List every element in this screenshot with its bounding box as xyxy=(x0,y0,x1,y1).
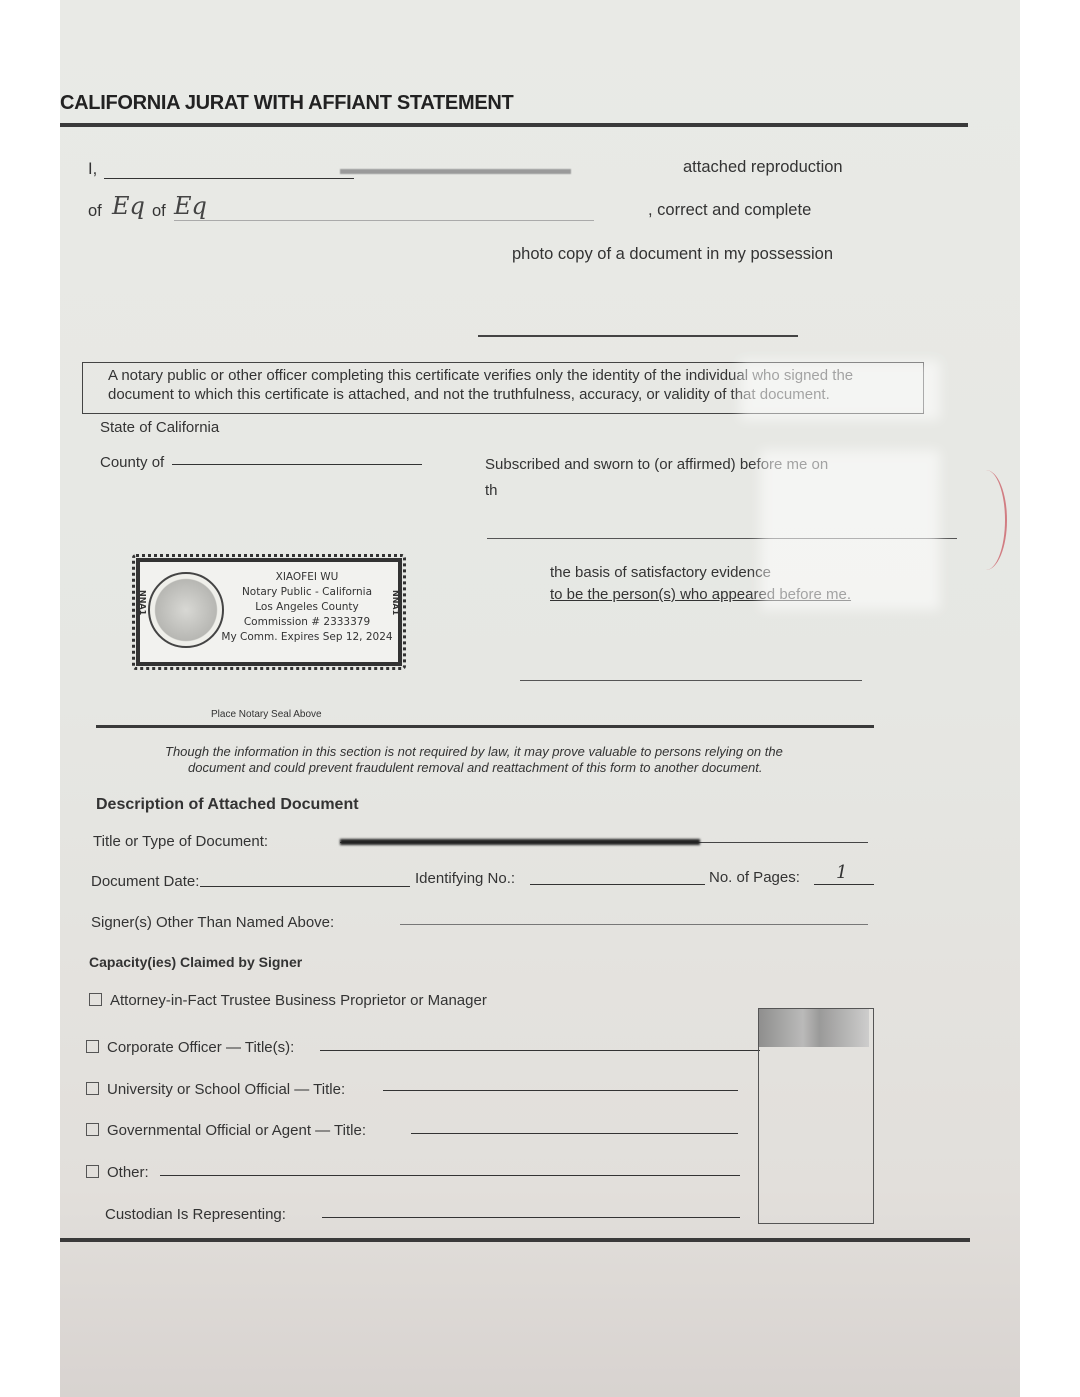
signer-label: Signer(s) Other Than Named Above: xyxy=(91,914,334,931)
seal-caption: Place Notary Seal Above xyxy=(211,709,322,720)
notice-line2: document to which this certificate is at… xyxy=(108,386,830,403)
statement-of-2: of xyxy=(152,202,166,221)
signer-field[interactable] xyxy=(400,924,868,925)
notary-expiry: My Comm. Expires Sep 12, 2024 xyxy=(218,630,396,645)
statement-line2-end: , correct and complete xyxy=(648,201,811,220)
thumbprint-image xyxy=(759,1009,869,1047)
option-governmental: Governmental Official or Agent — Title: xyxy=(86,1122,366,1139)
other-field[interactable] xyxy=(160,1175,740,1176)
option-university: University or School Official — Title: xyxy=(86,1081,345,1098)
identifying-no-label: Identifying No.: xyxy=(415,870,515,887)
document-date-field[interactable] xyxy=(200,886,410,887)
checkbox-other[interactable] xyxy=(86,1165,99,1178)
notary-seal-stamp: NNA1 NNA1 XIAOFEI WU Notary Public - Cal… xyxy=(136,558,402,666)
capacity-heading: Capacity(ies) Claimed by Signer xyxy=(89,954,302,970)
optional-note-line1: Though the information in this section i… xyxy=(165,744,783,759)
optional-note-line2: document and could prevent fraudulent re… xyxy=(188,760,763,775)
statement-of: of xyxy=(88,202,102,221)
statement-line3: photo copy of a document in my possessio… xyxy=(512,245,833,264)
title-rule xyxy=(60,123,968,127)
ink-mark xyxy=(965,470,1007,570)
affiant-signature-line[interactable] xyxy=(478,335,798,337)
county-label: County of xyxy=(100,454,164,471)
checkbox-university[interactable] xyxy=(86,1082,99,1095)
checkbox-corporate[interactable] xyxy=(86,1040,99,1053)
jurat-basis-line1: the basis of satisfactory evidence xyxy=(550,564,771,581)
document-description-line[interactable] xyxy=(174,220,594,221)
notary-commission: Commission # 2333379 xyxy=(218,615,396,630)
seal-text: XIAOFEI WU Notary Public - California Lo… xyxy=(218,570,396,645)
checkbox-attorney[interactable] xyxy=(89,993,102,1006)
pages-value: 1 xyxy=(836,862,847,883)
handwritten-entry-2: Eq xyxy=(174,192,207,220)
handwritten-entry-1: Eq xyxy=(112,192,145,220)
document-title: CALIFORNIA JURAT WITH AFFIANT STATEMENT xyxy=(60,92,513,115)
checkbox-governmental[interactable] xyxy=(86,1123,99,1136)
statement-line1-end: attached reproduction xyxy=(683,158,843,177)
custodian-field[interactable] xyxy=(322,1217,740,1218)
university-title-field[interactable] xyxy=(383,1090,738,1091)
notary-name: XIAOFEI WU xyxy=(218,570,396,585)
bottom-rule xyxy=(60,1238,970,1242)
notary-county: Los Angeles County xyxy=(218,600,396,615)
title-type-redaction xyxy=(340,839,700,845)
option-other: Other: xyxy=(86,1164,149,1181)
state-seal-icon xyxy=(148,572,224,648)
capacity-line: Attorney-in-Fact Trustee Business Propri… xyxy=(89,992,487,1009)
pages-field[interactable] xyxy=(814,884,874,885)
thumbprint-box xyxy=(758,1008,874,1224)
description-heading: Description of Attached Document xyxy=(96,796,359,814)
jurat-by: th xyxy=(485,482,498,499)
identifying-no-field[interactable] xyxy=(530,884,705,885)
state-label: State of California xyxy=(100,419,219,436)
notary-signature-line[interactable] xyxy=(520,680,862,681)
county-field-line[interactable] xyxy=(172,464,422,465)
pages-label: No. of Pages: xyxy=(709,869,800,886)
notary-title: Notary Public - California xyxy=(218,585,396,600)
custodian-label: Custodian Is Representing: xyxy=(105,1206,286,1223)
stamp-id-left: NNA1 xyxy=(138,590,147,615)
optional-section-rule xyxy=(96,725,874,728)
statement-i: I, xyxy=(88,160,97,179)
corporate-title-field[interactable] xyxy=(320,1050,760,1051)
document-date-label: Document Date: xyxy=(91,873,199,890)
title-type-label: Title or Type of Document: xyxy=(93,833,268,850)
option-corporate: Corporate Officer — Title(s): xyxy=(86,1039,294,1056)
affiant-name-line[interactable] xyxy=(104,178,354,179)
governmental-title-field[interactable] xyxy=(411,1133,738,1134)
